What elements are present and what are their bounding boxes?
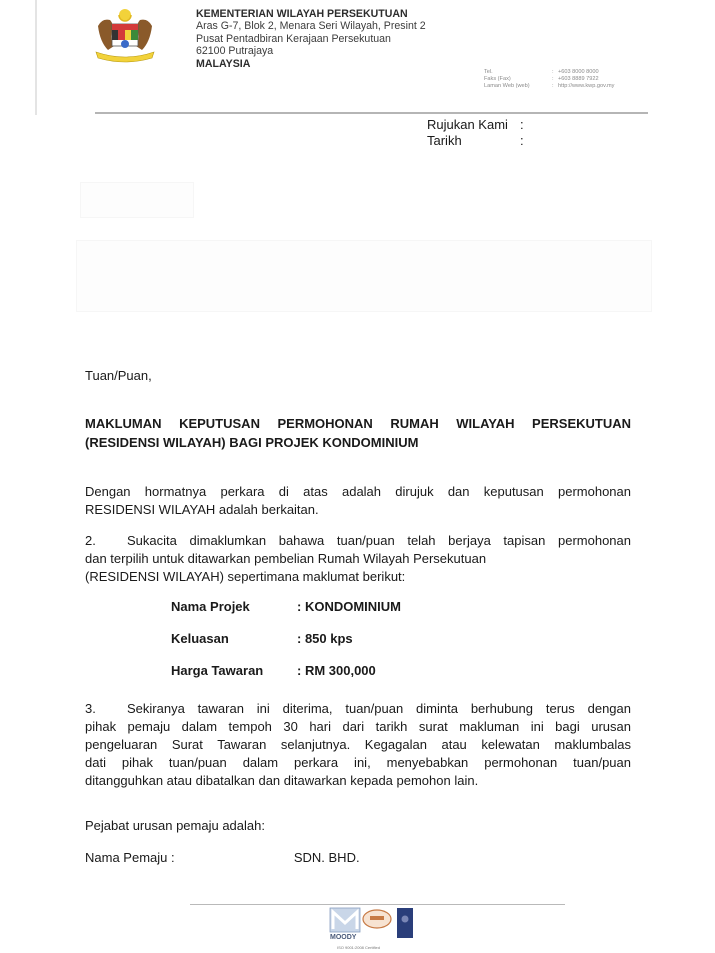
country: MALAYSIA bbox=[196, 58, 426, 70]
address-line: 62100 Putrajaya bbox=[196, 45, 426, 57]
paragraph-line: dati pihak tuan/puan dalam perkara ini, … bbox=[85, 754, 631, 772]
detail-value: : KONDOMINIUM bbox=[297, 599, 401, 614]
letterhead-address-block: KEMENTERIAN WILAYAH PERSEKUTUAN Aras G-7… bbox=[196, 8, 426, 70]
detail-row-price: Harga Tawaran: RM 300,000 bbox=[171, 662, 401, 694]
paragraph-2: 2.Sukacita dimaklumkan bahawa tuan/puan … bbox=[85, 532, 631, 586]
address-line: Pusat Pentadbiran Kerajaan Persekutuan bbox=[196, 33, 426, 45]
developer-label: Nama Pemaju : bbox=[85, 850, 175, 865]
contact-row-fax: Faks (Fax) : +603 8889 7922 bbox=[484, 76, 614, 83]
scan-edge-line bbox=[35, 0, 37, 115]
detail-row-area: Keluasan: 850 kps bbox=[171, 630, 401, 662]
paragraph-line: pengeluaran Surat Tawaran selanjutnya. K… bbox=[85, 736, 631, 754]
date-row: Tarikh: bbox=[427, 133, 524, 149]
paragraph-line: 3.Sekiranya tawaran ini diterima, tuan/p… bbox=[85, 700, 631, 718]
header-divider bbox=[95, 112, 648, 114]
address-line: Aras G-7, Blok 2, Menara Seri Wilayah, P… bbox=[196, 20, 426, 32]
paragraph-line: ditangguhkan atau dibatalkan dan ditawar… bbox=[85, 773, 478, 788]
contact-label: Tel. bbox=[484, 69, 552, 76]
contact-row-web: Laman Web (web) : http://www.kwp.gov.my bbox=[484, 83, 614, 90]
paragraph-number: 3. bbox=[85, 700, 127, 718]
paragraph-line: Dengan hormatnya perkara di atas adalah … bbox=[85, 483, 631, 501]
reference-block: Rujukan Kami: Tarikh: bbox=[427, 117, 524, 148]
developer-suffix: SDN. BHD. bbox=[294, 850, 360, 865]
redacted-recipient-address bbox=[76, 240, 652, 312]
contact-row-tel: Tel. : +603 8000 8000 bbox=[484, 69, 614, 76]
detail-value: : RM 300,000 bbox=[297, 663, 376, 678]
paragraph-number: 2. bbox=[85, 532, 127, 550]
offer-details: Nama Projek: KONDOMINIUM Keluasan: 850 k… bbox=[171, 598, 401, 694]
detail-value: : 850 kps bbox=[297, 631, 353, 646]
paragraph-line: 2.Sukacita dimaklumkan bahawa tuan/puan … bbox=[85, 532, 631, 550]
detail-label: Harga Tawaran bbox=[171, 662, 297, 680]
contact-label: Laman Web (web) bbox=[484, 83, 552, 90]
contact-info: Tel. : +603 8000 8000 Faks (Fax) : +603 … bbox=[484, 69, 614, 90]
paragraph-line: (RESIDENSI WILAYAH) sepertimana maklumat… bbox=[85, 569, 405, 584]
contact-value: http://www.kwp.gov.my bbox=[558, 83, 614, 90]
detail-label: Nama Projek bbox=[171, 598, 297, 616]
detail-row-project: Nama Projek: KONDOMINIUM bbox=[171, 598, 401, 630]
contact-value: +603 8000 8000 bbox=[558, 69, 614, 76]
subject-line: MAKLUMAN KEPUTUSAN PERMOHONAN RUMAH WILA… bbox=[85, 414, 631, 433]
paragraph-line: RESIDENSI WILAYAH adalah berkaitan. bbox=[85, 502, 319, 517]
detail-label: Keluasan bbox=[171, 630, 297, 648]
paragraph-line: pihak pemaju dalam tempoh 30 hari dari t… bbox=[85, 718, 631, 736]
contact-value: +603 8889 7922 bbox=[558, 76, 614, 83]
ministry-name: KEMENTERIAN WILAYAH PERSEKUTUAN bbox=[196, 8, 426, 20]
contact-label: Faks (Fax) bbox=[484, 76, 552, 83]
footer-divider bbox=[190, 904, 565, 905]
paragraph-3: 3.Sekiranya tawaran ini diterima, tuan/p… bbox=[85, 700, 631, 790]
iso-caption: ISO 9001:2008 Certified bbox=[337, 945, 380, 950]
date-separator: : bbox=[520, 133, 524, 148]
salutation: Tuan/Puan, bbox=[85, 367, 631, 385]
subject-line: (RESIDENSI WILAYAH) BAGI PROJEK KONDOMIN… bbox=[85, 435, 418, 450]
date-label: Tarikh bbox=[427, 133, 520, 149]
developer-name-row: Nama Pemaju : SDN. BHD. bbox=[85, 850, 360, 865]
certification-logos: MOODY ISO 9001:2008 Certified bbox=[329, 907, 424, 951]
moody-iso-logo-icon: MOODY bbox=[329, 907, 424, 945]
paragraph-line: dan terpilih untuk ditawarkan pembelian … bbox=[85, 550, 631, 568]
coat-of-arms-icon bbox=[92, 6, 158, 64]
developer-office-intro: Pejabat urusan pemaju adalah: bbox=[85, 818, 265, 833]
reference-row: Rujukan Kami: bbox=[427, 117, 524, 133]
paragraph-1: Dengan hormatnya perkara di atas adalah … bbox=[85, 483, 631, 519]
subject-heading: MAKLUMAN KEPUTUSAN PERMOHONAN RUMAH WILA… bbox=[85, 414, 631, 452]
redacted-recipient-name bbox=[80, 182, 194, 218]
ref-separator: : bbox=[520, 117, 524, 132]
svg-text:MOODY: MOODY bbox=[330, 934, 357, 941]
ref-label: Rujukan Kami bbox=[427, 117, 520, 133]
